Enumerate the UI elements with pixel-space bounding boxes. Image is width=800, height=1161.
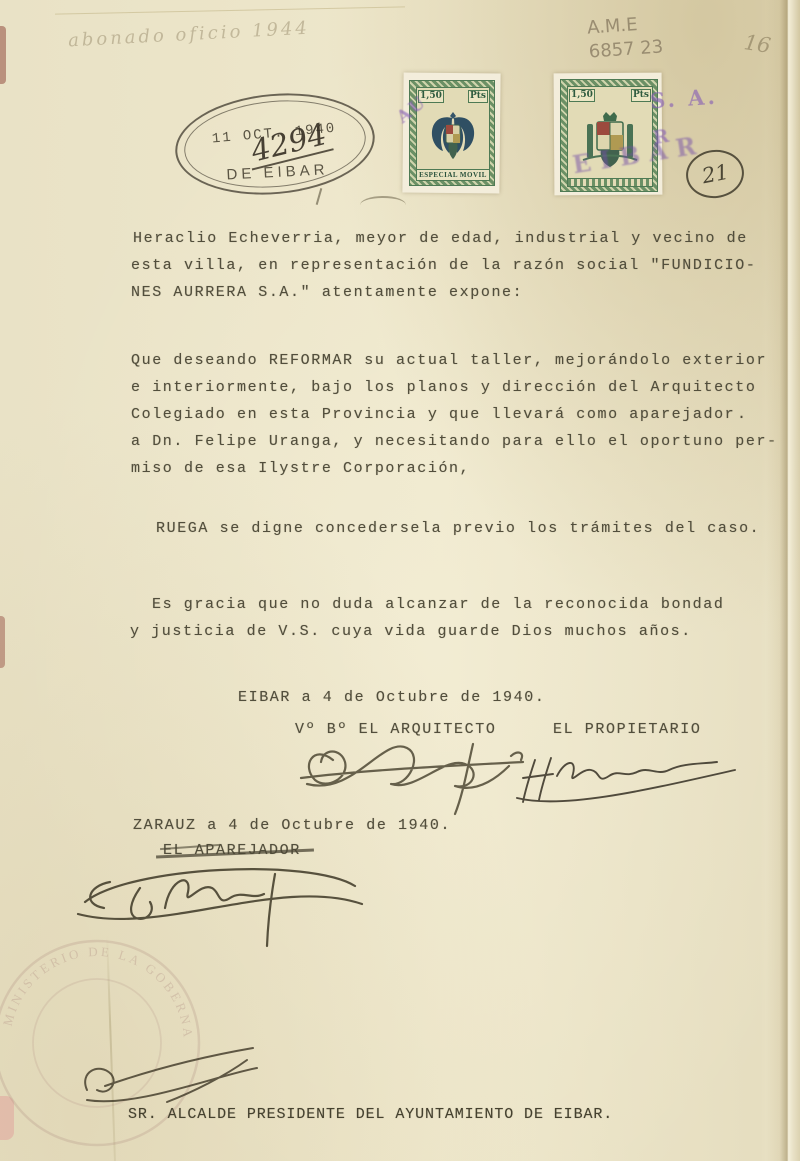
letter-line: Colegiado en esta Provincia y que llevar… bbox=[131, 406, 735, 423]
overprint-company-stamp: S. A. bbox=[649, 84, 718, 114]
page-edge bbox=[766, 0, 800, 1161]
archive-ref-line2: 6857 23 bbox=[588, 35, 664, 64]
stamp-currency: Pts bbox=[468, 90, 488, 103]
letter-line: Heraclio Echeverria, meyor de edad, indu… bbox=[133, 230, 748, 247]
edge-mark bbox=[0, 26, 6, 84]
letter-line: esta villa, en representación de la razó… bbox=[131, 257, 757, 274]
paper-fold-line bbox=[55, 6, 405, 14]
pencil-annotation: abonado oficio 1944 bbox=[68, 18, 311, 52]
registry-oval-stamp: 11 OCT. 1940 4294 DE EIBAR bbox=[171, 85, 379, 202]
letter-line: miso de esa Ilystre Corporación, bbox=[131, 460, 470, 477]
owner-signature bbox=[505, 732, 740, 810]
letter-line: y justicia de V.S. cuya vida guarde Dios… bbox=[130, 623, 692, 640]
eagle-coat-of-arms-icon bbox=[417, 103, 489, 169]
letter-line: e interiormente, bajo los planos y direc… bbox=[131, 379, 757, 396]
stamp-value: 1,50 bbox=[569, 89, 595, 102]
petition-line: RUEGA se digne concedersela previo los t… bbox=[156, 520, 760, 537]
stamp-value-row: 1,50 Pts bbox=[568, 87, 652, 102]
stamp-currency: Pts bbox=[631, 89, 651, 102]
stamp-banner-label: ESPECIAL MOVIL bbox=[417, 169, 489, 180]
circled-number-value: 21 bbox=[700, 160, 731, 189]
edge-mark bbox=[0, 616, 5, 668]
pen-mark-arc bbox=[360, 196, 406, 214]
letter-line: a Dn. Felipe Uranga, y necesitando para … bbox=[131, 433, 778, 450]
archive-reference: A.M.E 6857 23 bbox=[586, 11, 664, 64]
dateline-zarauz: ZARAUZ a 4 de Octubre de 1940. bbox=[133, 817, 451, 834]
letter-line: Es gracia que no duda alcanzar de la rec… bbox=[152, 596, 724, 613]
ministry-seal-text: MINISTERIO DE LA GOBERNACION bbox=[0, 928, 196, 1041]
stamp-value-row: 1,50 Pts bbox=[417, 88, 489, 103]
stray-period: . bbox=[737, 406, 746, 423]
letter-line: Que deseando REFORMAR su actual taller, … bbox=[131, 352, 767, 369]
addressee-line: SR. ALCALDE PRESIDENTE DEL AYUNTAMIENTO … bbox=[128, 1106, 613, 1123]
svg-text:MINISTERIO DE LA GOBERNACION: MINISTERIO DE LA GOBERNACION bbox=[0, 928, 196, 1041]
letter-line: NES AURRERA S.A." atentamente expone: bbox=[131, 284, 523, 301]
dateline-eibar: EIBAR a 4 de Octubre de 1940. bbox=[238, 689, 545, 706]
pen-mark-slash bbox=[316, 188, 323, 205]
document-page: abonado oficio 1944 A.M.E 6857 23 16 21 … bbox=[0, 0, 800, 1161]
stamp-face: 1,50 Pts ESPECIAL MOVIL bbox=[416, 87, 490, 181]
stamp-ornament-row bbox=[568, 178, 652, 186]
